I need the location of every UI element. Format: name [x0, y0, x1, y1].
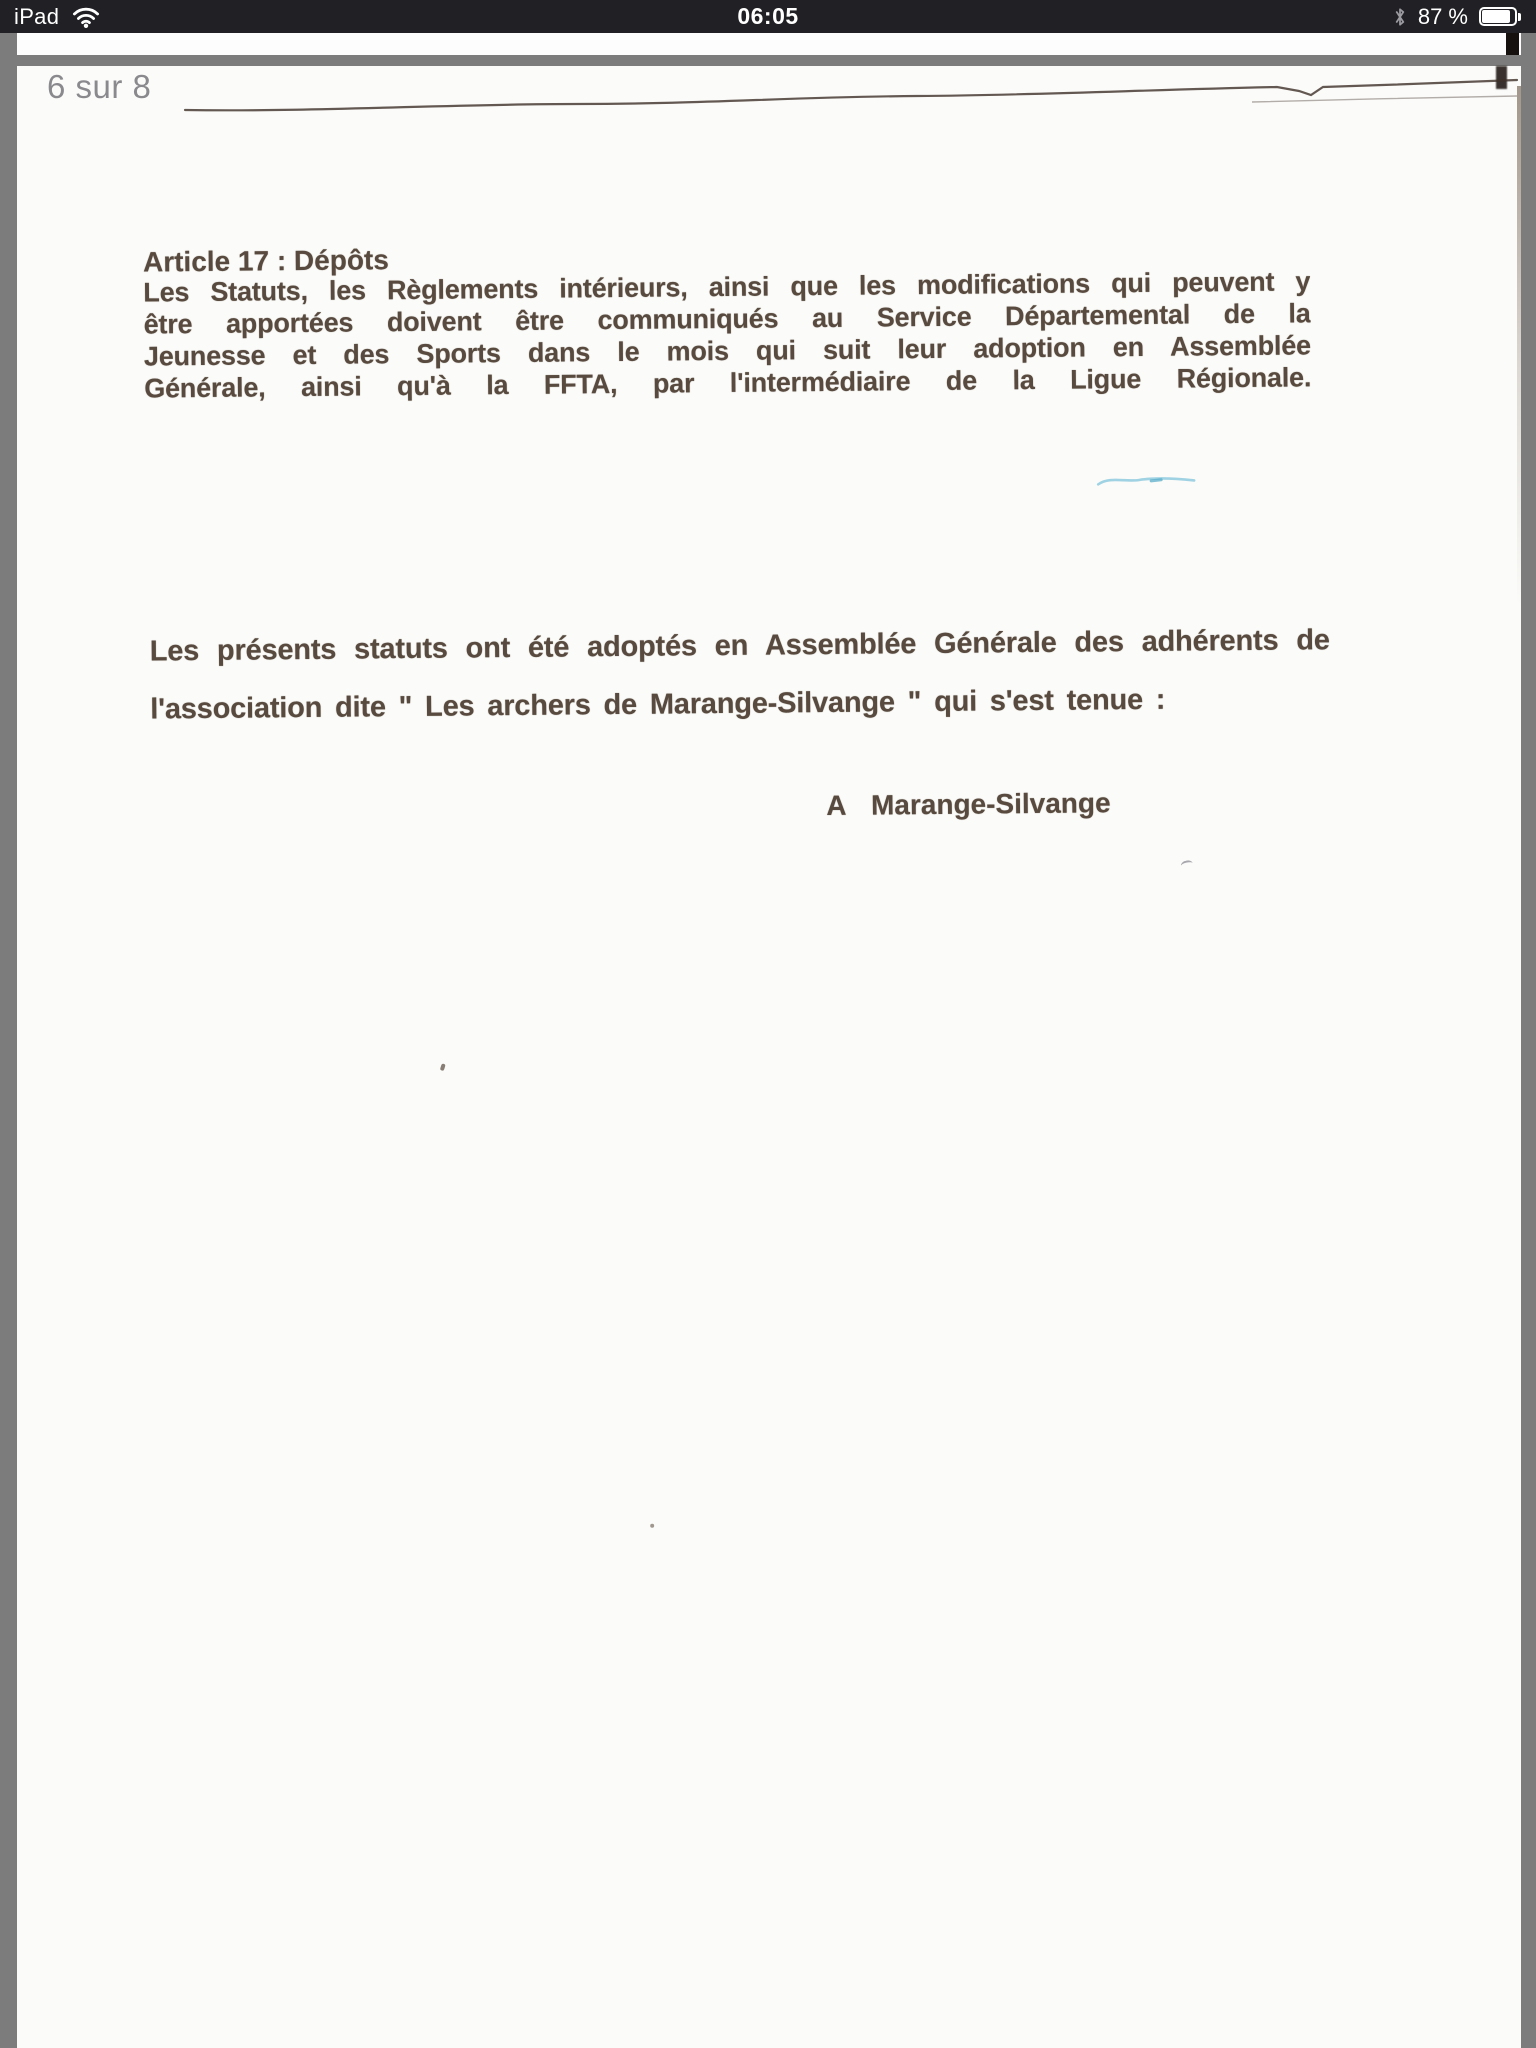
- status-bar: iPad 06:05 87 %: [0, 0, 1536, 33]
- scan-edge-artifact: [1506, 33, 1519, 55]
- ipad-screen: iPad 06:05 87 %: [0, 0, 1536, 2048]
- clock: 06:05: [0, 3, 1536, 30]
- battery-icon: [1479, 7, 1521, 26]
- place-line: A Marange-Silvange: [826, 787, 1111, 822]
- battery-percent-label: 87 %: [1418, 4, 1468, 30]
- scanned-text-layer: Article 17 : Dépôts Les Statuts, les Règ…: [13, 57, 1536, 2048]
- paragraph2-line1: Les présents statuts ont été adoptés en …: [150, 624, 1330, 673]
- article-title: Article 17 : Dépôts: [143, 244, 389, 278]
- scan-speck: [1180, 859, 1193, 869]
- scan-speck: [650, 1524, 654, 1528]
- paragraph2-line2: l'association dite " Les archers de Mara…: [150, 682, 1330, 731]
- battery-fill: [1482, 10, 1510, 23]
- blue-pen-mark: [1095, 466, 1199, 497]
- previous-page-sliver[interactable]: [17, 33, 1521, 55]
- bluetooth-icon: [1393, 6, 1407, 28]
- document-page[interactable]: 6 sur 8 Article 17 : Dépôts Les Statuts,…: [17, 66, 1521, 2048]
- scan-speck: [440, 1063, 446, 1071]
- status-bar-right: 87 %: [1393, 4, 1536, 30]
